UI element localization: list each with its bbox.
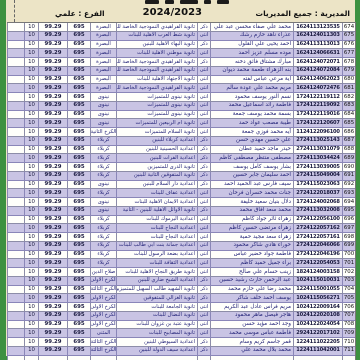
results-table: 6741624113123535محمد علي صفاء محسن عبد ع… [7, 22, 356, 360]
cell-subject-count [24, 356, 38, 360]
cell-serial-number: 690 [342, 163, 355, 172]
cell-student-name: محمد علي صفاء محسن عبد علي [210, 23, 293, 32]
cell-exam-id: 1724122119112 [293, 93, 342, 102]
table-row: 6761624113113013احمد يحيى علي القلولذكرث… [7, 41, 355, 50]
table-row: 7111224111042001محمد بلال محمد عليذكراعد… [7, 347, 355, 356]
table-row: 6892724113034424مصطفى منتظر مصطفى كاظمذك… [7, 154, 355, 163]
cell-blank [7, 58, 24, 67]
cell-serial-number: 685 [342, 119, 355, 128]
cell-exam-id: 1724115023063 [293, 181, 342, 190]
cell-school-name: ثانوية المتفوقين الثانية للبنين [116, 172, 197, 181]
cell-serial-number: 706 [342, 303, 355, 312]
cell-student-name: احمد يحيى علي القلول [210, 41, 293, 50]
cell-serial-number: 697 [342, 224, 355, 233]
cell-blank [7, 102, 24, 111]
cell-exam-id: 1624124011303 [293, 32, 342, 41]
cell-exam-id: 2724115049004 [293, 172, 342, 181]
cell-directorate: البصرة [90, 58, 116, 67]
cell-school-name: ثانوية السلام للمتميزات [116, 128, 197, 137]
cell-average: 99.29 [38, 347, 67, 356]
cell-serial-number: 704 [342, 286, 355, 295]
cell-school-name: ثانوية الجامعة للبنات [116, 303, 197, 312]
cell-serial-number: 700 [342, 251, 355, 260]
cell-serial-number: 693 [342, 189, 355, 198]
cell-school-name: ثانوية نينوى للمتميزات [116, 102, 197, 111]
cell-student-name: وجد احمد مؤيد حسن [210, 321, 293, 330]
cell-gender: انثى [197, 32, 210, 41]
table-row: 6821724122119112نسم النور يوسف محمودانثى… [7, 93, 355, 102]
cell-blank [7, 303, 24, 312]
cell-serial-number: 676 [342, 41, 355, 50]
cell-gender: انثى [197, 259, 210, 268]
table-row: 6921724115023063سيف فارس عبد الحميد احمد… [7, 181, 355, 190]
cell-student-name: مريم محمد علي عودة سالم [210, 84, 293, 93]
cell-subject-count: 10 [24, 84, 38, 93]
cell-blank [7, 259, 24, 268]
cell-gender: انثى [197, 233, 210, 242]
cell-school-name: ثانوية نينوى للمتميزات [116, 111, 197, 120]
cell-serial-number: 701 [342, 259, 355, 268]
cell-school-name: ثانوية المصابيح للبنات [116, 329, 197, 338]
cell-total-score: 695 [67, 146, 90, 155]
cell-student-name: جنات محمد خسران فرحان [210, 189, 293, 198]
cell-school-name: اعدادية بضعة الرسول للبنات [116, 251, 197, 260]
cell-serial-number: 674 [342, 23, 355, 32]
cell-student-name: فاطمة عباس موسى محمد [210, 329, 293, 338]
cell-average: 99.29 [38, 233, 67, 242]
cell-subject-count: 10 [24, 102, 38, 111]
cell-exam-id: 2724113039005 [293, 163, 342, 172]
cell-subject-count: 10 [24, 76, 38, 85]
table-row: 6872724113025143علي حسين مهدي حسنذكراعدا… [7, 137, 355, 146]
cell-directorate: البصرة [90, 23, 116, 32]
cell-blank [7, 268, 24, 277]
cell-directorate: نينوى [90, 93, 116, 102]
cell-blank [7, 321, 24, 330]
cell-directorate: كربلاء [90, 146, 116, 155]
cell-school-name: اعدادية عفاف للبنات [116, 189, 197, 198]
cell-gender: ذكر [197, 41, 210, 50]
cell-school-name: اعدادية الشيخ ضاري للبنين [116, 277, 197, 286]
table-row: 7002724122046196فاطمة جواد خضير عباسانثى… [7, 251, 355, 260]
cell-blank [7, 356, 24, 360]
cell-student-name: علي حسين مهدي حسن [210, 137, 293, 146]
cell-gender: ذكر [197, 58, 210, 67]
cell-total-score: 695 [67, 181, 90, 190]
cell-exam-id: 1624124072071 [293, 58, 342, 67]
cell-school-name: ثانوية الذرى للمتميزين [116, 163, 197, 172]
cell-school-name: اعدادية الحسينية للبنين [116, 146, 197, 155]
table-row: 6791624124072084بنه الزهراء طعمة محمد دي… [7, 67, 355, 76]
cell-serial-number: 705 [342, 294, 355, 303]
cell-gender: انثى [197, 189, 210, 198]
cell-school-name: ثانوية الفراهيدي النموذجية الخاصة للبنات [116, 58, 197, 67]
cell-average: 99.29 [38, 23, 67, 32]
cell-total-score: 695 [67, 23, 90, 32]
cell-total-score: 695 [67, 277, 90, 286]
cell-exam-id: 2724122057162 [293, 224, 342, 233]
cell-average: 99.29 [38, 67, 67, 76]
school-year: 2024/2023 [143, 7, 202, 18]
cell-school-name: اعدادية الايمان الاهلية للبنات [116, 198, 197, 207]
cell-blank [7, 216, 24, 225]
cell-school-name: ثانوية عتبة بن غزوان للبنات [116, 321, 197, 330]
cell-average: 99.29 [38, 76, 67, 85]
cell-gender: انثى [197, 93, 210, 102]
cell-total-score: 695 [67, 198, 90, 207]
cell-serial-number: 689 [342, 154, 355, 163]
cell-gender: انثى [197, 102, 210, 111]
table-row: 6751624124011303عذراء ناهد حازم رشكانثىث… [7, 32, 355, 41]
cell-directorate: البصرة [90, 49, 116, 58]
cell-average: 99.29 [38, 49, 67, 58]
cell-total-score: 695 [67, 154, 90, 163]
cell-average: 99.29 [38, 32, 67, 41]
cell-student-name: قمر جاسم كريم وسام [210, 338, 293, 347]
cell-average: 99.29 [38, 181, 67, 190]
cell-student-name: احمد سليمان جابر حسين [210, 172, 293, 181]
cell-blank [7, 41, 24, 50]
cell-blank [7, 277, 24, 286]
cell-serial-number: 708 [342, 321, 355, 330]
cell-serial-number: 698 [342, 233, 355, 242]
cell-school-name: اعدادية السيوطي للبنين [116, 338, 197, 347]
cell-average: 99.29 [38, 294, 67, 303]
cell-average: 99.29 [38, 242, 67, 251]
cell-student-name: حوراء هادي شاكر محمود [210, 242, 293, 251]
cell-serial-number: 682 [342, 93, 355, 102]
cell-average: 99.29 [38, 329, 67, 338]
cell-gender: انثى [197, 251, 210, 260]
cell-average: 99.29 [38, 84, 67, 93]
table-row: 6932724122018037جنات محمد خسران فرحانانث… [7, 189, 355, 198]
cell-school-name: اعدادية دار السلام للبنين [116, 181, 197, 190]
cell-subject-count: 10 [24, 233, 38, 242]
table-row: 6962724122056100زهراء ثائر جواد كاظمانثى… [7, 216, 355, 225]
table-row-partial [7, 356, 355, 360]
cell-directorate: نينوى [90, 207, 116, 216]
cell-subject-count: 10 [24, 321, 38, 330]
table-row: 6861124122096100آيه محمد فوزي جمعةانثىثا… [7, 128, 355, 137]
cell-exam-id: 1224115001055 [293, 286, 342, 295]
cell-blank [7, 154, 24, 163]
cell-average: 99.29 [38, 251, 67, 260]
cell-serial-number: 707 [342, 312, 355, 321]
cell-blank [7, 233, 24, 242]
cell-gender: ذكر [197, 163, 210, 172]
cell-serial-number: 695 [342, 207, 355, 216]
cell-directorate: البصرة [90, 32, 116, 41]
cell-student-name: عذراء ناهد حازم رشك [210, 32, 293, 41]
cell-blank [7, 23, 24, 32]
cell-exam-id: 1224111042001 [293, 347, 342, 356]
cell-exam-id [293, 356, 342, 360]
cell-average: 99.29 [38, 172, 67, 181]
cell-subject-count: 10 [24, 137, 38, 146]
table-row: 7081024122024054وجد احمد مؤيد حسنانثىثان… [7, 321, 355, 330]
cell-average: 99.29 [38, 93, 67, 102]
cell-blank [7, 242, 24, 251]
cell-serial-number: 675 [342, 32, 355, 41]
cell-blank [7, 172, 24, 181]
cell-blank [7, 146, 24, 155]
cell-school-name: اعدادية الفرات للبنين [116, 154, 197, 163]
cell-exam-id: 2724113032008 [293, 207, 342, 216]
cell-subject-count: 10 [24, 242, 38, 251]
cell-directorate: المثنى [90, 329, 116, 338]
cell-average: 99.29 [38, 111, 67, 120]
cell-average: 99.29 [38, 198, 67, 207]
cell-serial-number: 678 [342, 58, 355, 67]
cell-subject-count: 10 [24, 312, 38, 321]
sheet-header: المديرية : جميع المديريات 2024/2023 الفر… [10, 7, 352, 22]
cell-school-name: اعدادية جمانة بنت ابي طالب للبنات [116, 242, 197, 251]
cell-gender: ذكر [197, 154, 210, 163]
cell-gender: انثى [197, 224, 210, 233]
cell-student-name: آية مرعي عباس لفته [210, 76, 293, 85]
cell-student-name: فاطمة رائد اسماعيل محمد [210, 102, 293, 111]
cell-directorate: نينوى [90, 102, 116, 111]
cell-total-score: 695 [67, 347, 90, 356]
cell-total-score: 695 [67, 294, 90, 303]
table-row: 7021824124003158زينب حسام علي صالحانثىثا… [7, 268, 355, 277]
cell-subject-count: 10 [24, 259, 38, 268]
cell-school-name: ثانوية موطني الاهلية للبنات [116, 49, 197, 58]
clipped-title-fragment [145, 0, 240, 6]
cell-total-score: 695 [67, 189, 90, 198]
cell-gender: انثى [197, 84, 210, 93]
cell-blank [7, 189, 24, 198]
cell-subject-count: 10 [24, 119, 38, 128]
cell-average: 99.29 [38, 286, 67, 295]
cell-directorate: نينوى [90, 111, 116, 120]
cell-school-name: ثانوية الشهيد طالب السهيل للمتميزين [116, 286, 197, 295]
cell-total-score: 695 [67, 286, 90, 295]
cell-average: 99.29 [38, 102, 67, 111]
table-row: 6972724122057162زهراء مرتضى حسين كاظمانث… [7, 224, 355, 233]
cell-school-name: اعدادية النجاح للبنات [116, 224, 197, 233]
cell-average: 99.29 [38, 163, 67, 172]
cell-average: 99.29 [38, 154, 67, 163]
cell-directorate: كربلاء [90, 172, 116, 181]
table-row: 6801624124062023آية مرعي عباس لفتهانثىثا… [7, 76, 355, 85]
cell-exam-id: 2724122057161 [293, 233, 342, 242]
cell-subject-count: 10 [24, 58, 38, 67]
cell-gender: ذكر [197, 207, 210, 216]
cell-exam-id: 2724122056100 [293, 216, 342, 225]
cell-directorate: الكرخ الثالثة [90, 338, 116, 347]
cell-gender: ذكر [197, 286, 210, 295]
cell-exam-id: 2724122054053 [293, 259, 342, 268]
cell-subject-count: 10 [24, 146, 38, 155]
cell-directorate: الكرخ الاولى [90, 303, 116, 312]
cell-serial-number: 711 [342, 347, 355, 356]
cell-exam-id: 2724122018037 [293, 189, 342, 198]
cell-gender: انثى [197, 312, 210, 321]
cell-student-name: مصطفى منتظر مصطفى كاظم [210, 154, 293, 163]
cell-blank [7, 67, 24, 76]
cell-student-name: سيف فارس عبد الحميد احمد [210, 181, 293, 190]
cell-subject-count: 10 [24, 224, 38, 233]
cell-average: 99.29 [38, 312, 67, 321]
cell-blank [7, 119, 24, 128]
cell-exam-id: 1124122096100 [293, 128, 342, 137]
cell-total-score: 695 [67, 58, 90, 67]
cell-serial-number: 677 [342, 49, 355, 58]
cell-directorate: نينوى [90, 119, 116, 128]
cell-blank [7, 128, 24, 137]
cell-total-score: 695 [67, 84, 90, 93]
table-row: 7061024122009164مريم فراس عادل عبد الكري… [7, 303, 355, 312]
cell-subject-count: 10 [24, 216, 38, 225]
cell-student-name: بنه الزهراء طعمة محمد ديوان [210, 67, 293, 76]
cell-blank [7, 93, 24, 102]
cell-average: 99.29 [38, 119, 67, 128]
cell-gender: ذكر [197, 277, 210, 286]
cell-directorate: البصرة [90, 41, 116, 50]
table-row: 7051024115056271يوسف احمد خلف شاكرذكرثان… [7, 294, 355, 303]
cell-subject-count: 10 [24, 294, 38, 303]
cell-serial-number: 703 [342, 277, 355, 286]
cell-blank [7, 251, 24, 260]
table-row: 6841724122119016بسمة محمد يوسف جمعةانثىث… [7, 111, 355, 120]
cell-exam-id: 1624124066631 [293, 49, 342, 58]
cell-school-name: ثانوية الاوائل الاهلية للبنين - الثانية [116, 207, 197, 216]
cell-average: 99.29 [38, 259, 67, 268]
cell-total-score: 695 [67, 102, 90, 111]
cell-directorate: نينوى [90, 181, 116, 190]
cell-directorate: البصرة [90, 67, 116, 76]
cell-gender: ذكر [197, 294, 210, 303]
cell-directorate: الكرخ الاولى [90, 277, 116, 286]
cell-directorate: كربلاء [90, 259, 116, 268]
cell-subject-count: 10 [24, 303, 38, 312]
cell-directorate: كربلاء [90, 233, 116, 242]
cell-gender: ذكر [197, 23, 210, 32]
cell-student-name: زهراء ثائر جواد كاظم [210, 216, 293, 225]
cell-serial-number: 710 [342, 338, 355, 347]
cell-subject-count: 10 [24, 154, 38, 163]
cell-serial-number [342, 356, 355, 360]
cell-total-score: 695 [67, 259, 90, 268]
cell-total-score: 695 [67, 312, 90, 321]
cell-directorate: الكرخ الثانية [90, 128, 116, 137]
table-row: 6941724124002068دلال بنيان سعيد خليفةانث… [7, 198, 355, 207]
cell-serial-number: 680 [342, 76, 355, 85]
cell-subject-count: 10 [24, 67, 38, 76]
cell-exam-id: 1724122119016 [293, 111, 342, 120]
cell-total-score: 695 [67, 216, 90, 225]
cell-gender: انثى [197, 216, 210, 225]
cell-gender: انثى [197, 321, 210, 330]
table-row: 6811624124072476مريم محمد علي عودة سالما… [7, 84, 355, 93]
table-row: 6831724122119092فاطمة رائد اسماعيل محمدا… [7, 102, 355, 111]
cell-total-score: 695 [67, 67, 90, 76]
cell-total-score: 695 [67, 172, 90, 181]
cell-school-name: ثانوية النضال للبنات [116, 312, 197, 321]
cell-total-score: 695 [67, 93, 90, 102]
cell-school-name: اعدادية سيف الدولة للبنين [116, 347, 197, 356]
cell-average: 99.29 [38, 41, 67, 50]
cell-total-score: 695 [67, 119, 90, 128]
cell-student-name: بسمة محمد يوسف جمعة [210, 111, 293, 120]
cell-serial-number: 687 [342, 137, 355, 146]
cell-exam-id: 1724124002068 [293, 198, 342, 207]
cell-directorate: الكرخ الاولى [90, 294, 116, 303]
cell-exam-id: 1024115056271 [293, 294, 342, 303]
cell-average: 99.29 [38, 189, 67, 198]
cell-subject-count: 10 [24, 111, 38, 120]
cell-average: 99.29 [38, 321, 67, 330]
cell-blank [7, 181, 24, 190]
cell-blank [7, 338, 24, 347]
cell-directorate: صلاح الدين [90, 268, 116, 277]
cell-blank [7, 84, 24, 93]
cell-total-score: 695 [67, 41, 90, 50]
cell-student-name: نسم النور يوسف محمود [210, 93, 293, 102]
cell-total-score: 695 [67, 268, 90, 277]
cell-subject-count: 10 [24, 23, 38, 32]
cell-gender: انثى [197, 198, 210, 207]
cell-gender: ذكر [197, 338, 210, 347]
green-frame-left [0, 0, 6, 360]
cell-serial-number: 692 [342, 181, 355, 190]
cell-subject-count: 10 [24, 41, 38, 50]
cell-directorate: نينوى [90, 198, 116, 207]
cell-blank [7, 329, 24, 338]
cell-exam-id: 1624124072476 [293, 84, 342, 93]
cell-serial-number: 696 [342, 216, 355, 225]
cell-school-name: ثانوية ام الربيعين للمتميزات [116, 119, 197, 128]
cell-exam-id: 2924122017102 [293, 329, 342, 338]
cell-serial-number: 683 [342, 102, 355, 111]
cell-blank [7, 294, 24, 303]
cell-directorate: الكرخ الاولى [90, 321, 116, 330]
cell-school-name [116, 356, 197, 360]
cell-directorate: البصرة [90, 76, 116, 85]
cell-total-score: 695 [67, 303, 90, 312]
cell-student-name: محمد بلال محمد علي [210, 347, 293, 356]
cell-blank [7, 49, 24, 58]
table-row: 6882724113031079حيدر ماجد حميد عطانذكراع… [7, 146, 355, 155]
cell-subject-count: 10 [24, 189, 38, 198]
table-row: 6741624113123535محمد علي صفاء محسن عبد ع… [7, 23, 355, 32]
cell-blank [7, 163, 24, 172]
cell-subject-count: 10 [24, 286, 38, 295]
cell-school-name: اعدادية النجاح للبنات [116, 233, 197, 242]
cell-student-name: مريم فراس عادل عبد الكريم [210, 303, 293, 312]
cell-total-score: 695 [67, 207, 90, 216]
cell-exam-id: 1624113123535 [293, 23, 342, 32]
cell-directorate: الكرخ الثالثة [90, 347, 116, 356]
cell-total-score: 695 [67, 128, 90, 137]
cell-directorate: كربلاء [90, 137, 116, 146]
cell-school-name: اعدادية الثقافة للبنات [116, 259, 197, 268]
cell-subject-count: 10 [24, 251, 38, 260]
cell-student-name: آيه محمد فوزي جمعة [210, 128, 293, 137]
cell-gender: انثى [197, 303, 210, 312]
cell-exam-id: 1624124072084 [293, 67, 342, 76]
cell-gender: انثى [197, 111, 210, 120]
cell-average: 99.29 [38, 338, 67, 347]
cell-total-score: 695 [67, 111, 90, 120]
cell-total-score: 695 [67, 32, 90, 41]
cell-subject-count: 10 [24, 329, 38, 338]
cell-serial-number: 694 [342, 198, 355, 207]
cell-school-name: اعدادية كربلاء للبنين [116, 137, 197, 146]
table-row: 6851724122120607طيبة مصعب عواد حمدانثىثا… [7, 119, 355, 128]
table-row: 6781624124072071مبارك مشتاق فائق دخنهذكر… [7, 58, 355, 67]
